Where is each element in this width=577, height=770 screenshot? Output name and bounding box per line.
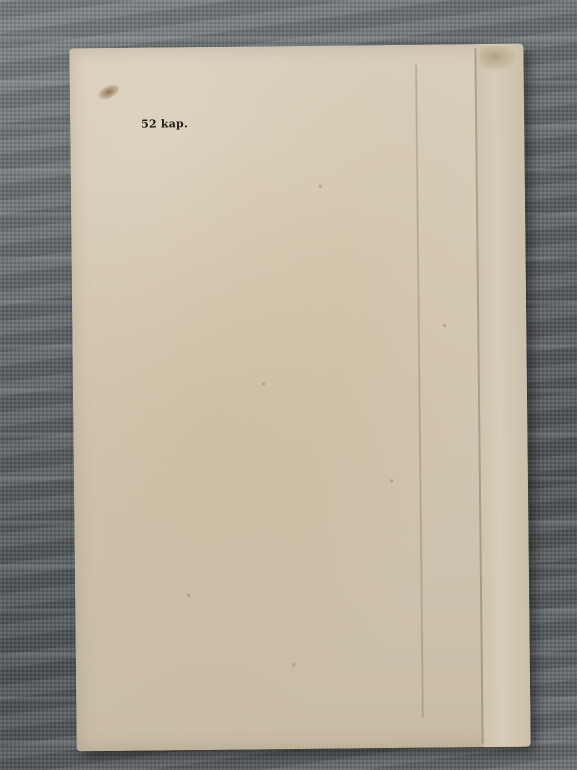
book-back-cover: 52 kap. — [69, 44, 530, 752]
foxing-spots — [69, 44, 530, 752]
price-label: 52 kap. — [141, 117, 188, 130]
